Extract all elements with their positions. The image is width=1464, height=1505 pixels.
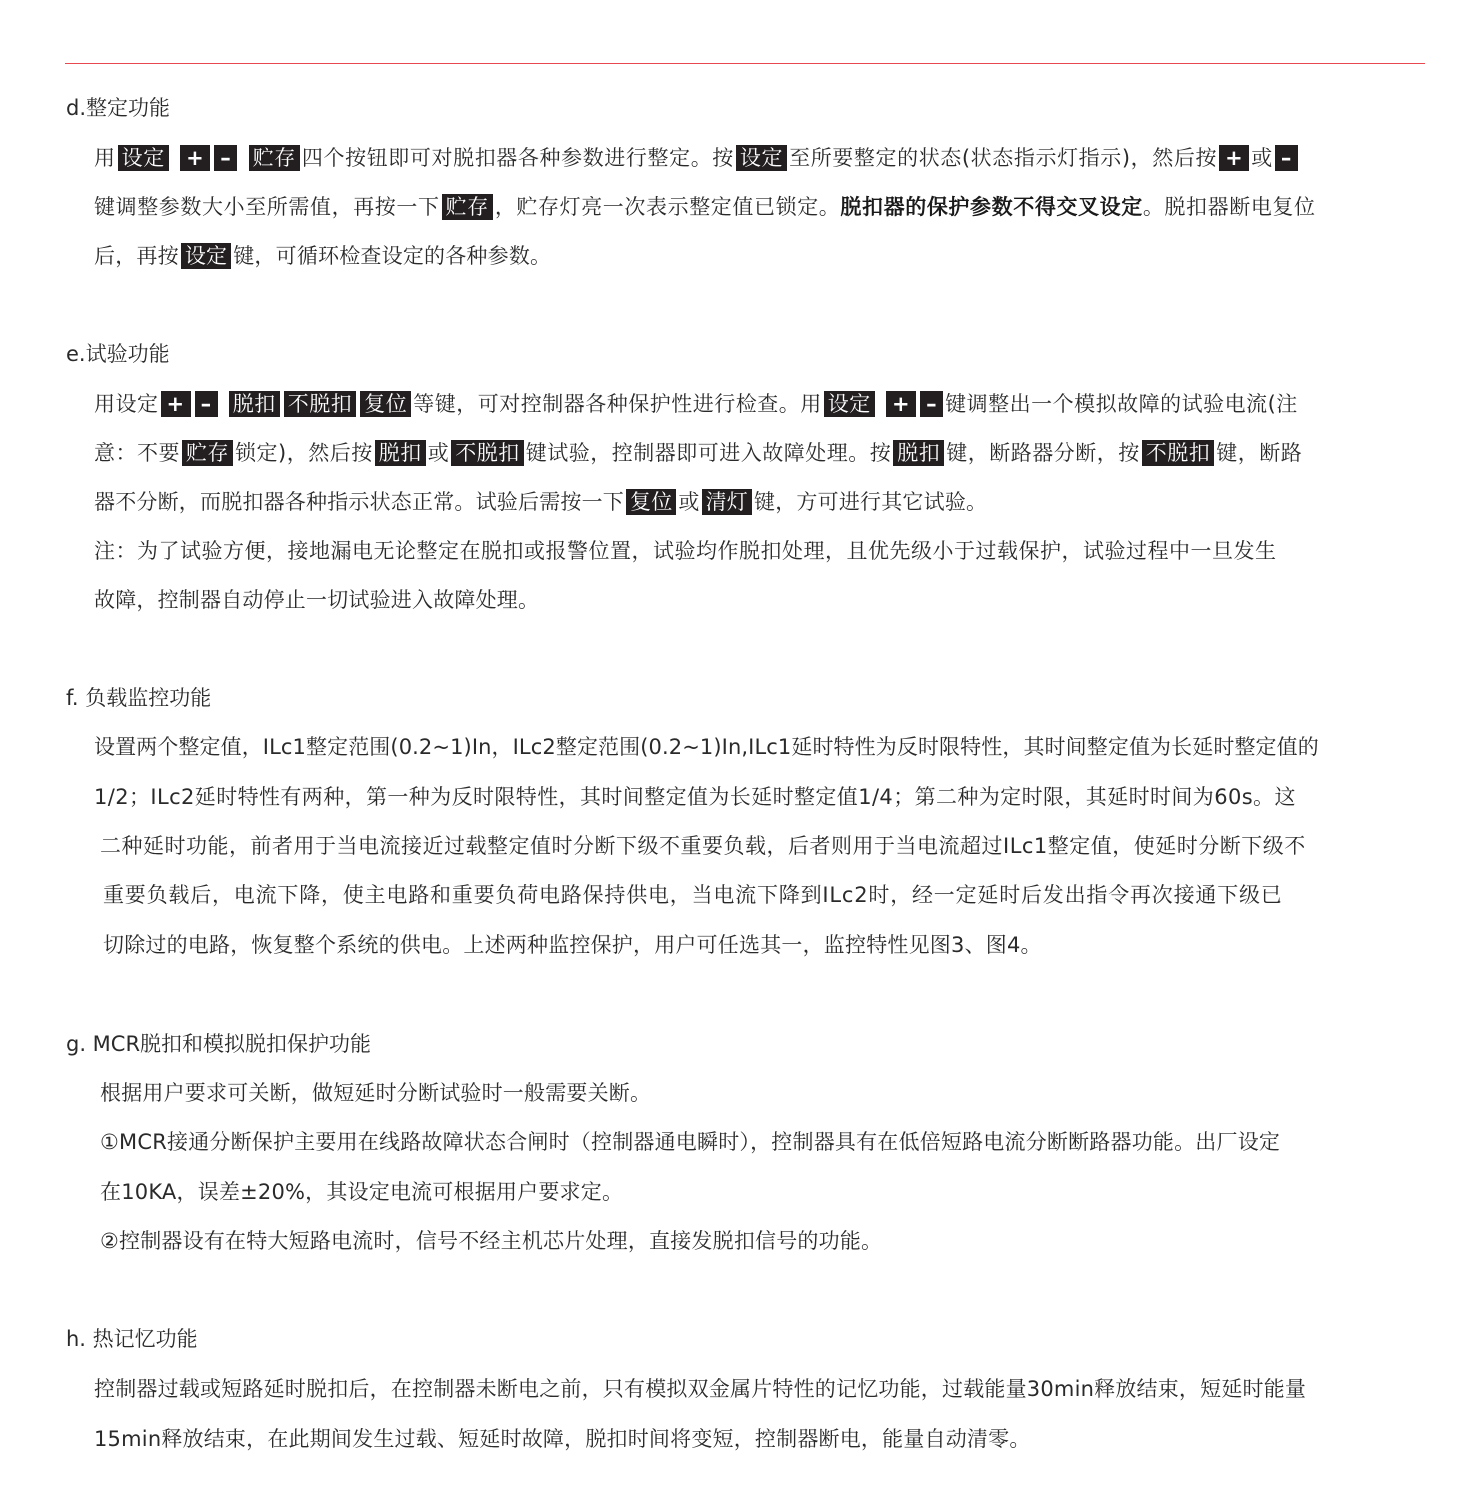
text-run: ②控制器设有在特大短路电流时，信号不经主机芯片处理，直接发脱扣信号的功能。 (100, 1229, 882, 1253)
section-d-line: 后，再按设定键，可循环检查设定的各种参数。 (94, 241, 551, 271)
text-run: 用 (94, 146, 116, 170)
text-run: 注：为了试验方便，接地漏电无论整定在脱扣或报警位置，试验均作脱扣处理，且优先级小… (94, 539, 1277, 563)
text-run: 故障，控制器自动停止一切试验进入故障处理。 (94, 588, 539, 612)
key-label: 复位 (626, 489, 676, 515)
text-run (220, 392, 227, 416)
text-run: 键，方可进行其它试验。 (754, 490, 987, 514)
text-run: 1/2；ILc2延时特性有两种，第一种为反时限特性，其时间整定值为长延时整定值1… (94, 785, 1296, 809)
key-label: – (1275, 145, 1298, 171)
section-f-line: 1/2；ILc2延时特性有两种，第一种为反时限特性，其时间整定值为长延时整定值1… (94, 782, 1296, 812)
section-d-heading: d.整定功能 (66, 94, 170, 122)
section-e-note: 故障，控制器自动停止一切试验进入故障处理。 (94, 585, 539, 615)
text-run: 意：不要 (94, 441, 180, 465)
section-f-line: 重要负载后，电流下降，使主电路和重要负荷电路保持供电，当电流下降到ILc2时，经… (103, 880, 1283, 910)
text-run: 键，断路 (1216, 441, 1302, 465)
text-run: 键，断路器分断，按 (946, 441, 1140, 465)
text-run: 切除过的电路，恢复整个系统的供电。上述两种监控保护，用户可任选其一，监控特性见图… (103, 933, 1042, 957)
section-f-line: 切除过的电路，恢复整个系统的供电。上述两种监控保护，用户可任选其一，监控特性见图… (103, 930, 1042, 960)
text-run: ①MCR接通分断保护主要用在线路故障状态合闸时（控制器通电瞬时），控制器具有在低… (100, 1130, 1280, 1154)
key-label: – (920, 391, 943, 417)
section-g-item-1-cont: 在10KA，误差±20%，其设定电流可根据用户要求定。 (100, 1177, 623, 1207)
text-run (877, 392, 884, 416)
text-run: 或 (1251, 146, 1273, 170)
section-h-line: 15min释放结束，在此期间发生过载、短延时故障，脱扣时间将变短，控制器断电，能… (94, 1424, 1031, 1454)
text-run: 控制器过载或短路延时脱扣后，在控制器未断电之前，只有模拟双金属片特性的记忆功能，… (94, 1377, 1306, 1401)
text-run: ，贮存灯亮一次表示整定值已锁定。 (495, 195, 841, 219)
text-run: 重要负载后，电流下降，使主电路和重要负荷电路保持供电，当电流下降到ILc2时，经… (103, 883, 1283, 907)
key-label: 设定 (824, 391, 875, 417)
key-label: 贮存 (182, 440, 233, 466)
text-run: 。脱扣器断电复位 (1143, 195, 1316, 219)
section-f-line: 设置两个整定值，ILc1整定范围(0.2~1)In，ILc2整定范围(0.2~1… (94, 732, 1319, 762)
text-run: 或 (428, 441, 450, 465)
key-label: 设定 (736, 145, 787, 171)
key-label: + (886, 391, 916, 417)
key-label: 不脱扣 (284, 391, 357, 417)
key-label: 清灯 (702, 489, 752, 515)
key-label: 贮存 (442, 194, 493, 220)
text-run: 键，可循环检查设定的各种参数。 (233, 244, 551, 268)
key-label: 不脱扣 (451, 440, 524, 466)
section-f-heading: f. 负载监控功能 (66, 684, 211, 712)
key-label: – (214, 145, 237, 171)
key-label: 设定 (118, 145, 169, 171)
section-e-note: 注：为了试验方便，接地漏电无论整定在脱扣或报警位置，试验均作脱扣处理，且优先级小… (94, 536, 1277, 566)
section-h-heading: h. 热记忆功能 (66, 1325, 198, 1353)
text-run: 键调整参数大小至所需值，再按一下 (94, 195, 440, 219)
key-label: 脱扣 (229, 391, 280, 417)
text-run (171, 146, 178, 170)
section-g-item-1: ①MCR接通分断保护主要用在线路故障状态合闸时（控制器通电瞬时），控制器具有在低… (100, 1127, 1280, 1157)
section-e-heading: e.试验功能 (66, 340, 170, 368)
section-f-line: 二种延时功能，前者用于当电流接近过载整定值时分断下级不重要负载，后者则用于当电流… (100, 831, 1306, 861)
key-label: + (180, 145, 210, 171)
text-run: 后，再按 (94, 244, 179, 268)
section-e-line: 器不分断，而脱扣器各种指示状态正常。试验后需按一下复位或清灯键，方可进行其它试验… (94, 487, 987, 517)
text-run: 在10KA，误差±20%，其设定电流可根据用户要求定。 (100, 1180, 623, 1204)
text-run: 等键，可对控制器各种保护性进行检查。用 (413, 392, 822, 416)
text-run: 用设定 (94, 392, 159, 416)
section-g-line: 根据用户要求可关断，做短延时分断试验时一般需要关断。 (100, 1078, 651, 1108)
key-label: 复位 (360, 391, 411, 417)
header-rule (65, 63, 1425, 64)
text-run: 四个按钮即可对脱扣器各种参数进行整定。按 (302, 146, 734, 170)
section-g-heading: g. MCR脱扣和模拟脱扣保护功能 (66, 1030, 371, 1058)
text-run: 或 (678, 490, 699, 514)
key-label: 设定 (181, 243, 231, 269)
section-e-line: 用设定+– 脱扣不脱扣复位等键，可对控制器各种保护性进行检查。用设定 +–键调整… (94, 389, 1298, 419)
key-label: 贮存 (249, 145, 300, 171)
text-run: 二种延时功能，前者用于当电流接近过载整定值时分断下级不重要负载，后者则用于当电流… (100, 834, 1306, 858)
text-run: 15min释放结束，在此期间发生过载、短延时故障，脱扣时间将变短，控制器断电，能… (94, 1427, 1031, 1451)
text-run: 根据用户要求可关断，做短延时分断试验时一般需要关断。 (100, 1081, 651, 1105)
section-d-line: 键调整参数大小至所需值，再按一下贮存，贮存灯亮一次表示整定值已锁定。脱扣器的保护… (94, 192, 1424, 222)
bold-warning-text: 脱扣器的保护参数不得交叉设定 (840, 195, 1142, 219)
key-label: + (161, 391, 191, 417)
key-label: – (195, 391, 218, 417)
text-run (239, 146, 246, 170)
section-e-line: 意：不要贮存锁定)，然后按脱扣或不脱扣键试验，控制器即可进入故障处理。按脱扣键，… (94, 438, 1302, 468)
text-run: 至所要整定的状态(状态指示灯指示)，然后按 (789, 146, 1217, 170)
section-g-item-2: ②控制器设有在特大短路电流时，信号不经主机芯片处理，直接发脱扣信号的功能。 (100, 1226, 882, 1256)
text-run: 器不分断，而脱扣器各种指示状态正常。试验后需按一下 (94, 490, 624, 514)
section-d-line: 用设定 +– 贮存四个按钮即可对脱扣器各种参数进行整定。按设定至所要整定的状态(… (94, 143, 1424, 173)
section-h-line: 控制器过载或短路延时脱扣后，在控制器未断电之前，只有模拟双金属片特性的记忆功能，… (94, 1374, 1306, 1404)
text-run: 设置两个整定值，ILc1整定范围(0.2~1)In，ILc2整定范围(0.2~1… (94, 735, 1319, 759)
key-label: 不脱扣 (1142, 440, 1215, 466)
key-label: 脱扣 (893, 440, 944, 466)
text-run: 锁定)，然后按 (235, 441, 373, 465)
key-label: 脱扣 (375, 440, 426, 466)
key-label: + (1219, 145, 1249, 171)
text-run: 键调整出一个模拟故障的试验电流(注 (945, 392, 1298, 416)
text-run: 键试验，控制器即可进入故障处理。按 (526, 441, 892, 465)
